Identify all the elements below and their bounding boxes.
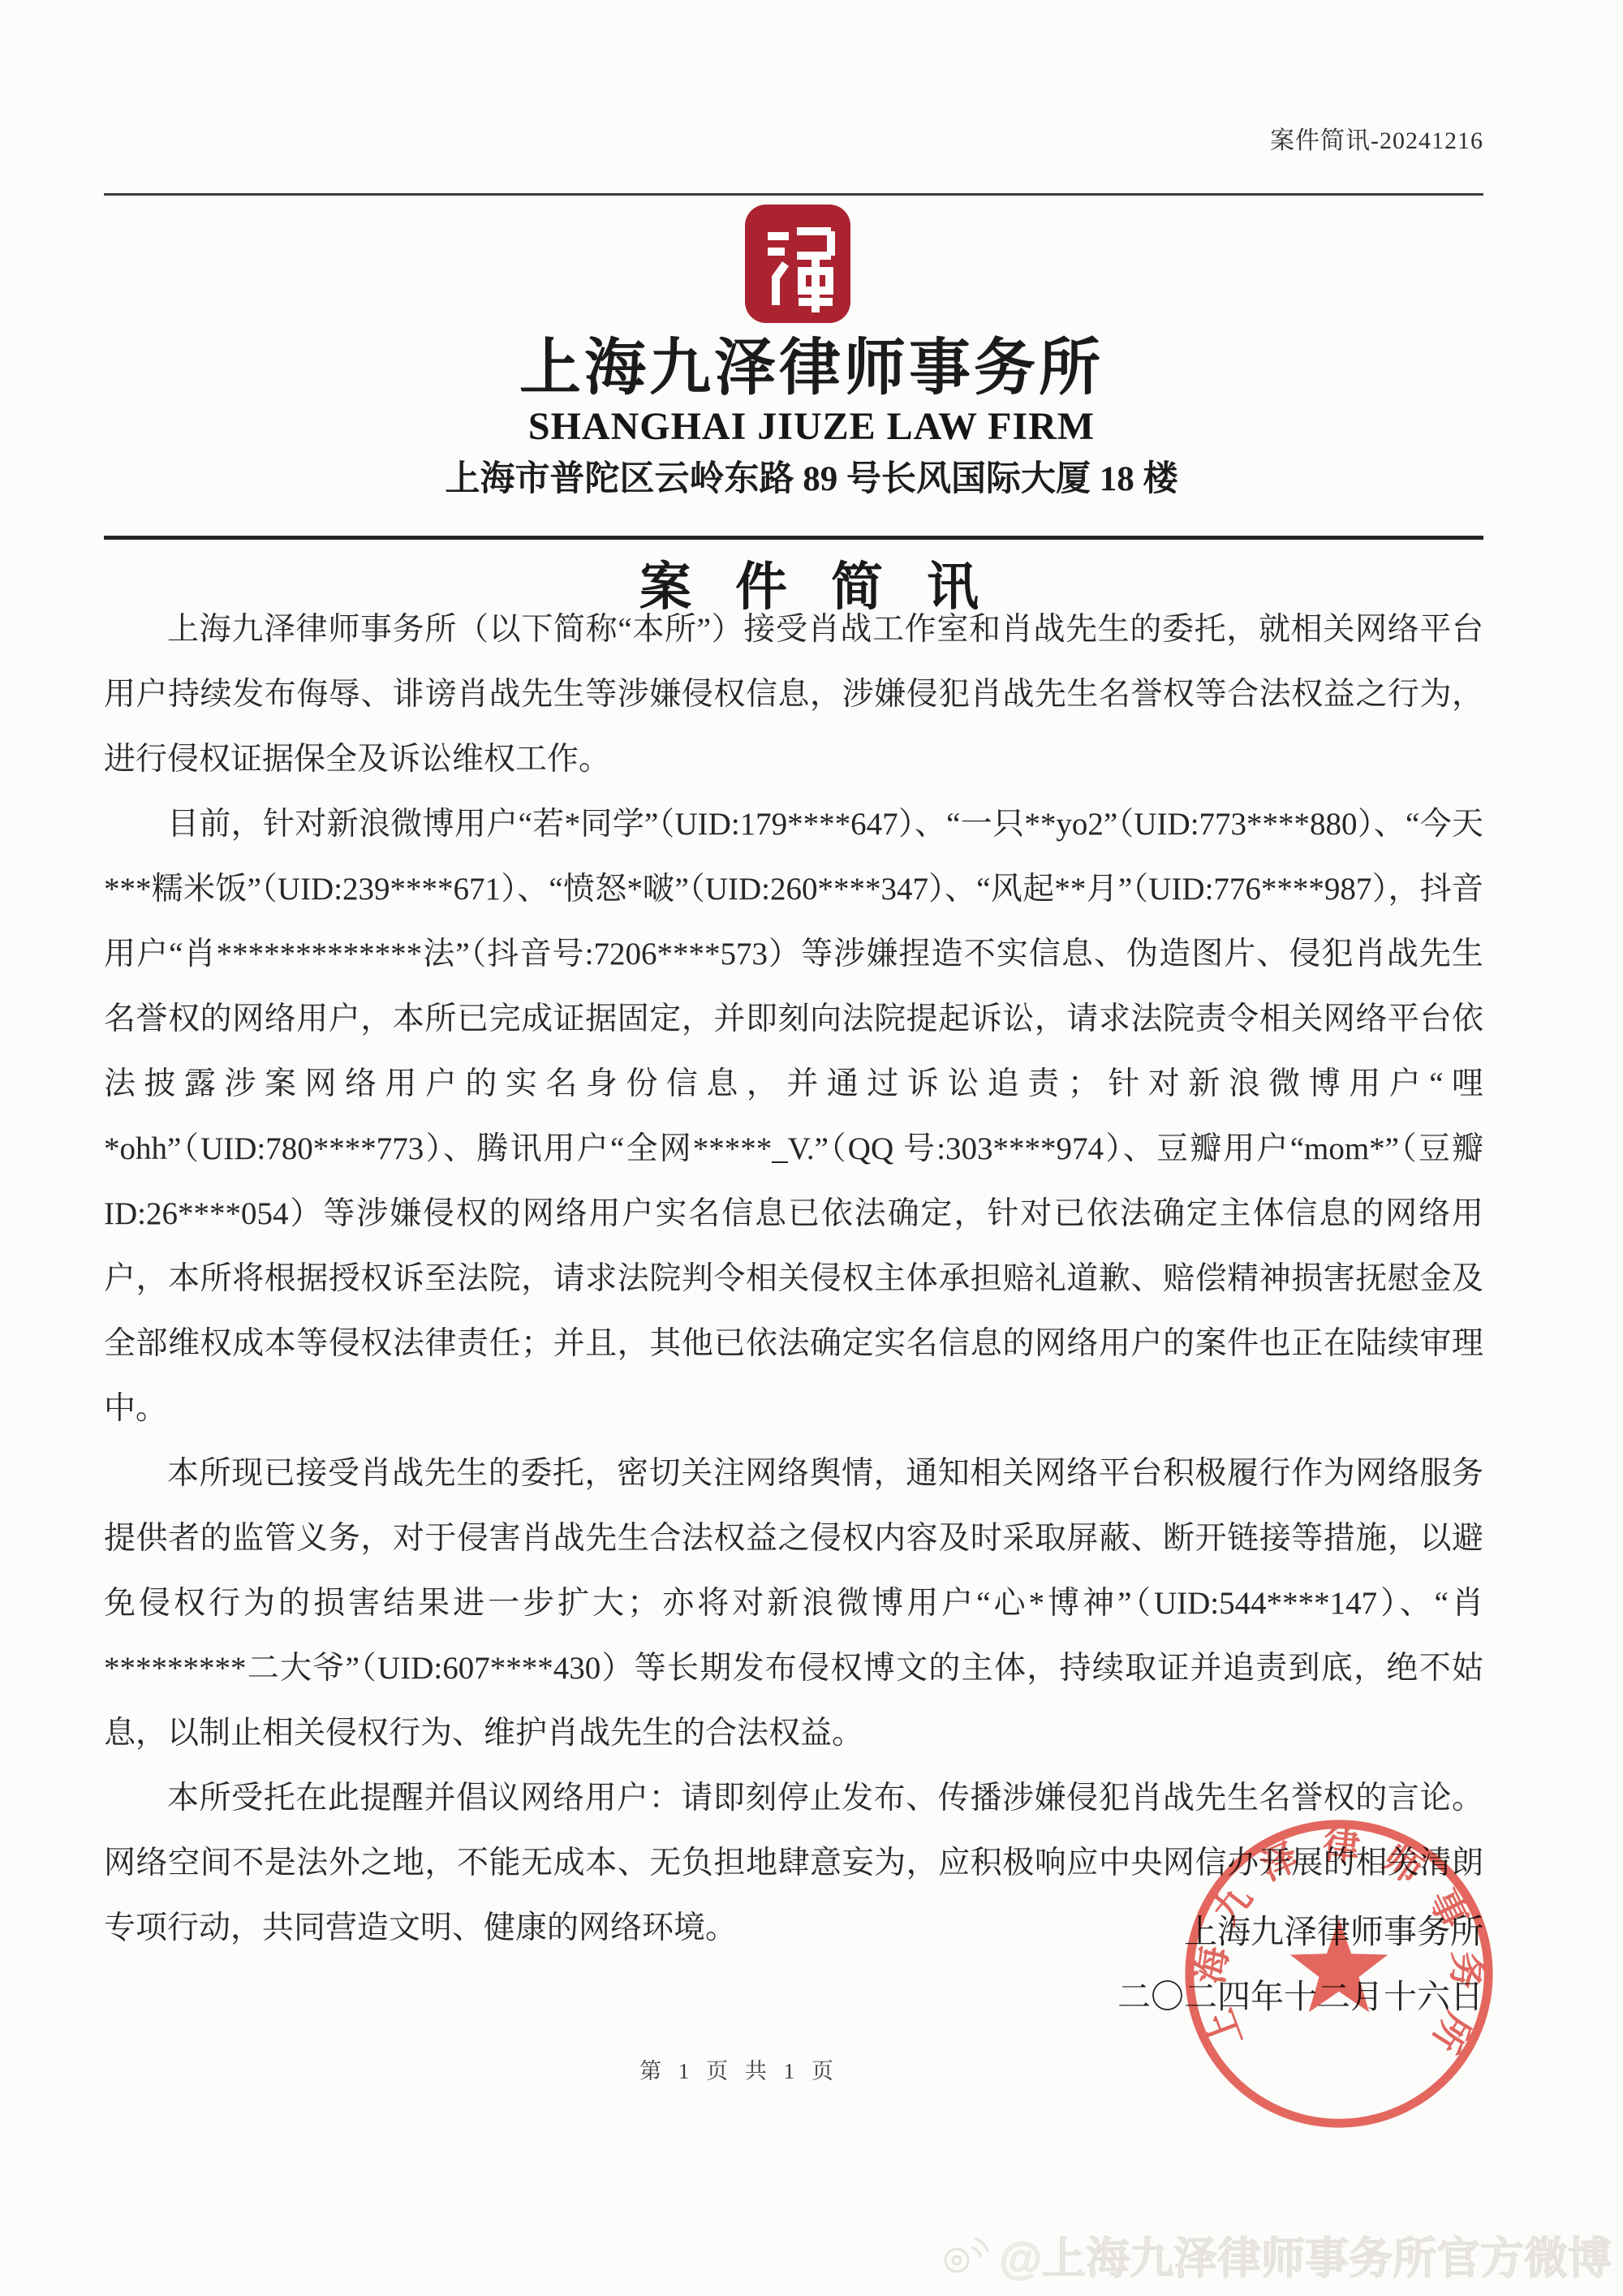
document-page: 案件简讯-20241216 上海九泽律师事务所 SHANGHAI JIUZE L…	[0, 0, 1623, 2296]
weibo-icon	[939, 2234, 989, 2277]
firm-logo	[745, 205, 850, 323]
paragraph-2: 目前，针对新浪微博用户“若*同学”（UID:179****647）、“一只**y…	[104, 792, 1483, 1441]
seal-star	[1290, 1919, 1388, 2013]
official-seal: 上海九泽律师事务所	[1178, 1813, 1500, 2134]
watermark-text: @上海九泽律师事务所官方微博	[999, 2224, 1612, 2286]
firm-name-cn: 上海九泽律师事务所	[0, 318, 1623, 407]
body-text: 上海九泽律师事务所（以下简称“本所”）接受肖战工作室和肖战先生的委托，就相关网络…	[104, 597, 1483, 1961]
firm-logo-icon	[745, 205, 850, 323]
firm-address: 上海市普陀区云岭东路 89 号长风国际大厦 18 楼	[0, 451, 1623, 501]
paragraph-1: 上海九泽律师事务所（以下简称“本所”）接受肖战工作室和肖战先生的委托，就相关网络…	[104, 597, 1483, 792]
paragraph-3: 本所现已接受肖战先生的委托，密切关注网络舆情，通知相关网络平台积极履行作为网络服…	[104, 1441, 1483, 1766]
title-rule	[104, 536, 1483, 540]
firm-name-en: SHANGHAI JIUZE LAW FIRM	[0, 404, 1623, 449]
header-rule	[104, 193, 1483, 196]
watermark: @上海九泽律师事务所官方微博	[939, 2224, 1612, 2286]
header-reference: 案件简讯-20241216	[104, 120, 1483, 156]
